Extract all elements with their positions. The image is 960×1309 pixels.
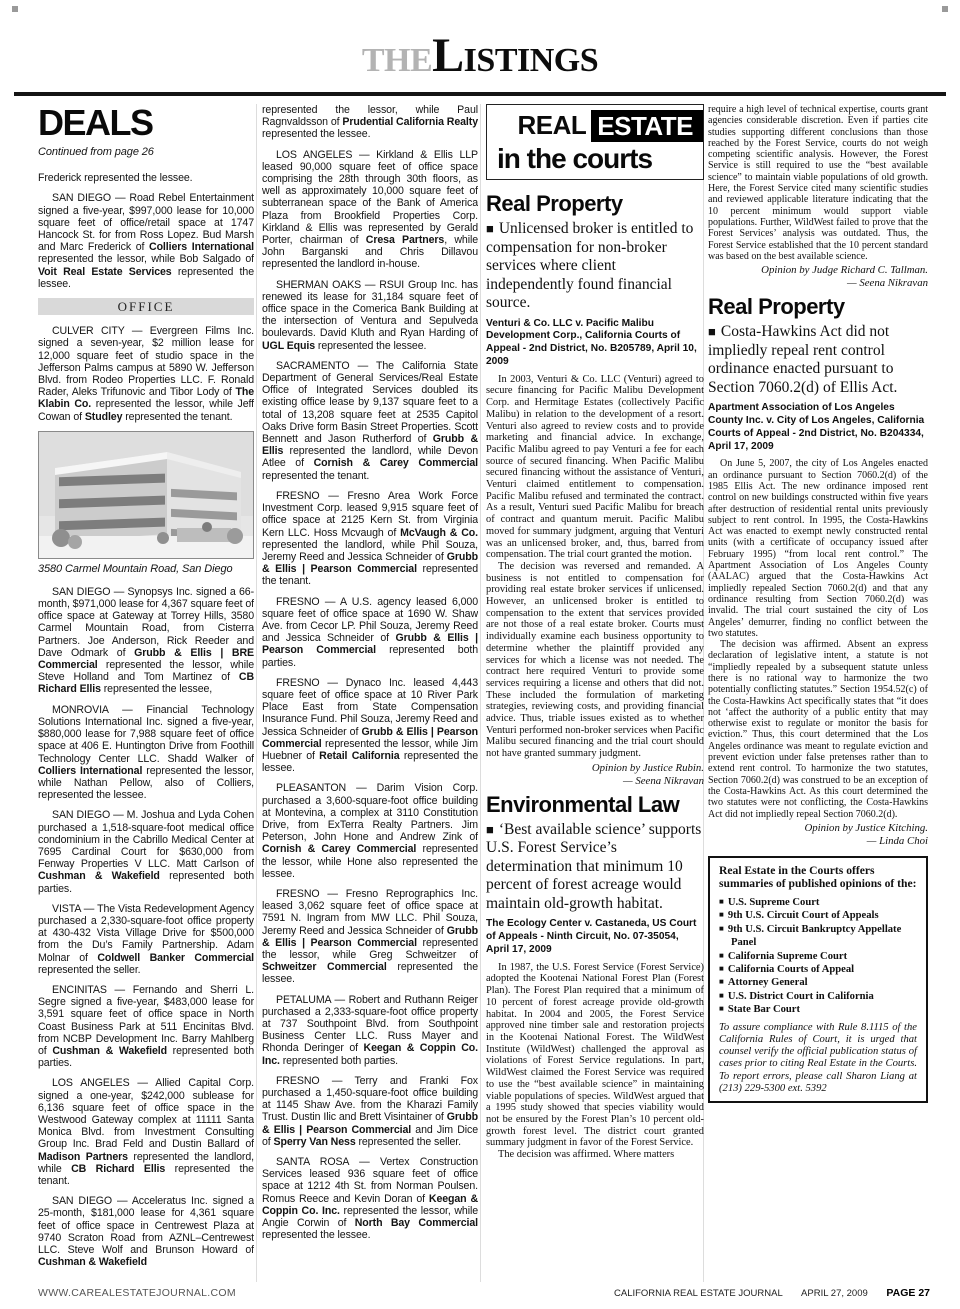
case-paragraph: On June 5, 2007, the city of Los Angeles… <box>708 458 928 639</box>
footer-website-url: WWW.CAREALESTATEJOURNAL.COM <box>38 1287 236 1299</box>
deal-paragraph: Frederick represented the lessee. <box>38 172 254 184</box>
deal-paragraph: SAN DIEGO — Synopsys Inc. signed a 66-mo… <box>38 586 254 696</box>
deal-paragraph: MONROVIA — Financial Technology Solution… <box>38 704 254 802</box>
case-paragraph: The decision was reversed and remanded. … <box>486 561 704 760</box>
logo-row-2: in the courts <box>487 142 703 175</box>
masthead: THELISTINGS <box>0 36 960 81</box>
logo-word-real: REAL <box>518 110 592 142</box>
courts-column-2: require a high level of technical expert… <box>708 104 928 1285</box>
column-divider <box>480 104 481 1282</box>
deal-paragraph: FRESNO — Fresno Reprographics Inc. lease… <box>262 888 478 986</box>
deal-paragraph: SAN DIEGO — Road Rebel Entertainment sig… <box>38 192 254 290</box>
deals-section-title: DEALS <box>38 104 254 142</box>
case3-headline-text: Costa-Hawkins Act did not impliedly repe… <box>708 323 897 396</box>
courts-info-box: Real Estate in the Courts offers summari… <box>708 856 928 1103</box>
opinion-line: Opinion by Judge Richard C. Tallman. <box>708 264 928 277</box>
opinion-line: Opinion by Justice Rubin. <box>486 762 704 775</box>
court-list-item: ■U.S. Supreme Court <box>719 896 917 909</box>
continued-from-note: Continued from page 26 <box>38 146 254 158</box>
deal-paragraph: ENCINITAS — Fernando and Sherri L. Segre… <box>38 984 254 1069</box>
case2-citation: The Ecology Center v. Castaneda, US Cour… <box>486 918 704 956</box>
case3-citation: Apartment Association of Los Angeles Cou… <box>708 402 928 453</box>
real-estate-in-the-courts-logo: REALESTATE in the courts <box>486 104 704 180</box>
masthead-rule <box>14 92 946 96</box>
masthead-title: LISTINGS <box>432 36 598 81</box>
deal-paragraph: represented the lessor, while Paul Ragnv… <box>262 104 478 141</box>
crop-mark <box>12 6 18 12</box>
case1-attribution: Opinion by Justice Rubin. — Seena Nikrav… <box>486 762 704 788</box>
case-paragraph: The decision was affirmed. Where matters <box>486 1149 704 1161</box>
case2-continuation: require a high level of technical expert… <box>708 104 928 262</box>
deals-column2-paragraphs: represented the lessor, while Paul Ragnv… <box>262 104 478 1241</box>
case1-body: In 2003, Venturi & Co. LLC (Venturi) agr… <box>486 374 704 760</box>
case3-attribution: Opinion by Justice Kitching. — Linda Cho… <box>708 822 928 848</box>
court-list-item: ■State Bar Court <box>719 1003 917 1016</box>
environmental-law-heading: Environmental Law <box>486 793 704 817</box>
courts-column-1: REALESTATE in the courts Real Property ■… <box>486 104 704 1285</box>
deal-paragraph: FRESNO — A U.S. agency leased 6,000 squa… <box>262 596 478 669</box>
court-list-item: ■California Supreme Court <box>719 950 917 963</box>
real-property-heading-2: Real Property <box>708 295 928 319</box>
square-bullet-icon: ■ <box>719 910 724 919</box>
info-box-note: To assure compliance with Rule 8.1115 of… <box>719 1022 917 1095</box>
deal-paragraph: SHERMAN OAKS — RSUI Group Inc. has renew… <box>262 279 478 352</box>
square-bullet-icon: ■ <box>486 221 494 236</box>
info-box-heading: Real Estate in the Courts offers summari… <box>719 864 917 891</box>
photo-caption: 3580 Carmel Mountain Road, San Diego <box>38 563 254 576</box>
office-paragraphs-b: SAN DIEGO — Synopsys Inc. signed a 66-mo… <box>38 586 254 1269</box>
deal-paragraph: CULVER CITY — Evergreen Films Inc. signe… <box>38 325 254 423</box>
case2-body: In 1987, the U.S. Forest Service (Forest… <box>486 962 704 1161</box>
square-bullet-icon: ■ <box>719 897 724 906</box>
court-list-item: ■U.S. District Court in California <box>719 990 917 1003</box>
square-bullet-icon: ■ <box>719 964 724 973</box>
real-property-heading-1: Real Property <box>486 192 704 216</box>
footer-page-number: PAGE 27 <box>886 1287 930 1299</box>
deal-paragraph: FRESNO — Terry and Franki Fox purchased … <box>262 1075 478 1148</box>
byline: — Seena Nikravan <box>486 775 704 788</box>
column-divider <box>256 104 257 1282</box>
building-photo-illustration <box>39 432 253 558</box>
masthead-prefix: THE <box>362 42 432 79</box>
square-bullet-icon: ■ <box>719 1004 724 1013</box>
square-bullet-icon: ■ <box>708 324 716 339</box>
deal-paragraph: LOS ANGELES — Kirkland & Ellis LLP lease… <box>262 149 478 271</box>
case2-headline: ■‘Best available science’ supports U.S. … <box>486 821 704 914</box>
square-bullet-icon: ■ <box>719 951 724 960</box>
article-photo-figure: 3580 Carmel Mountain Road, San Diego <box>38 431 254 576</box>
court-list-item: ■Attorney General <box>719 976 917 989</box>
deals-intro-paragraphs: Frederick represented the lessee.SAN DIE… <box>38 172 254 290</box>
case2-attribution: Opinion by Judge Richard C. Tallman. — S… <box>708 264 928 290</box>
case3-headline: ■Costa-Hawkins Act did not impliedly rep… <box>708 323 928 397</box>
case-paragraph: The decision was affirmed. Absent an exp… <box>708 639 928 820</box>
deal-paragraph: VISTA — The Vista Redevelopment Agency p… <box>38 903 254 976</box>
deal-paragraph: PETALUMA — Robert and Ruthann Reiger pur… <box>262 994 478 1067</box>
deal-paragraph: FRESNO — Dynaco Inc. leased 4,443 square… <box>262 677 478 775</box>
footer-journal-name: CALIFORNIA REAL ESTATE JOURNAL <box>614 1288 782 1299</box>
deal-paragraph: PLEASANTON — Darim Vision Corp. purchase… <box>262 782 478 880</box>
case-paragraph: In 2003, Venturi & Co. LLC (Venturi) agr… <box>486 374 704 561</box>
case3-body: On June 5, 2007, the city of Los Angeles… <box>708 458 928 820</box>
square-bullet-icon: ■ <box>486 822 494 837</box>
byline: — Linda Choi <box>708 835 928 848</box>
case2-headline-text: ‘Best available science’ supports U.S. F… <box>486 821 701 912</box>
info-box-court-list: ■U.S. Supreme Court■9th U.S. Circuit Cou… <box>719 896 917 1017</box>
deal-paragraph: LOS ANGELES — Allied Capital Corp. signe… <box>38 1077 254 1187</box>
square-bullet-icon: ■ <box>719 977 724 986</box>
footer-right: CALIFORNIA REAL ESTATE JOURNAL APRIL 27,… <box>614 1287 930 1299</box>
court-list-item: ■California Courts of Appeal <box>719 963 917 976</box>
opinion-line: Opinion by Justice Kitching. <box>708 822 928 835</box>
building-photo <box>38 431 254 559</box>
court-list-item: ■9th U.S. Circuit Court of Appeals <box>719 909 917 922</box>
deal-paragraph: SANTA ROSA — Vertex Construction Service… <box>262 1156 478 1241</box>
office-section-header: OFFICE <box>38 298 254 315</box>
office-paragraphs-a: CULVER CITY — Evergreen Films Inc. signe… <box>38 325 254 423</box>
deals-column-1: DEALS Continued from page 26 Frederick r… <box>38 104 254 1285</box>
deal-paragraph: SACRAMENTO — The California State Depart… <box>262 360 478 482</box>
deal-paragraph: SAN DIEGO — Acceleratus Inc. signed a 25… <box>38 1195 254 1268</box>
logo-word-estate: ESTATE <box>591 110 703 142</box>
newspaper-page: THELISTINGS DEALS Continued from page 26… <box>0 0 960 1309</box>
case1-headline-text: Unlicensed broker is entitled to compens… <box>486 220 693 311</box>
square-bullet-icon: ■ <box>719 924 724 933</box>
square-bullet-icon: ■ <box>719 991 724 1000</box>
byline: — Seena Nikravan <box>708 277 928 290</box>
logo-row-1: REALESTATE <box>487 110 703 142</box>
case-paragraph: require a high level of technical expert… <box>708 104 928 262</box>
case1-headline: ■Unlicensed broker is entitled to compen… <box>486 220 704 313</box>
deal-paragraph: FRESNO — Fresno Area Work Force Investme… <box>262 490 478 588</box>
footer-date: APRIL 27, 2009 <box>801 1288 868 1299</box>
crop-mark <box>942 6 948 12</box>
case-paragraph: In 1987, the U.S. Forest Service (Forest… <box>486 962 704 1149</box>
case1-citation: Venturi & Co. LLC v. Pacific Malibu Deve… <box>486 318 704 369</box>
court-list-item: ■9th U.S. Circuit Bankruptcy Appellate P… <box>719 923 917 950</box>
deal-paragraph: SAN DIEGO — M. Joshua and Lyda Cohen pur… <box>38 809 254 894</box>
deals-column-2: represented the lessor, while Paul Ragnv… <box>262 104 478 1285</box>
